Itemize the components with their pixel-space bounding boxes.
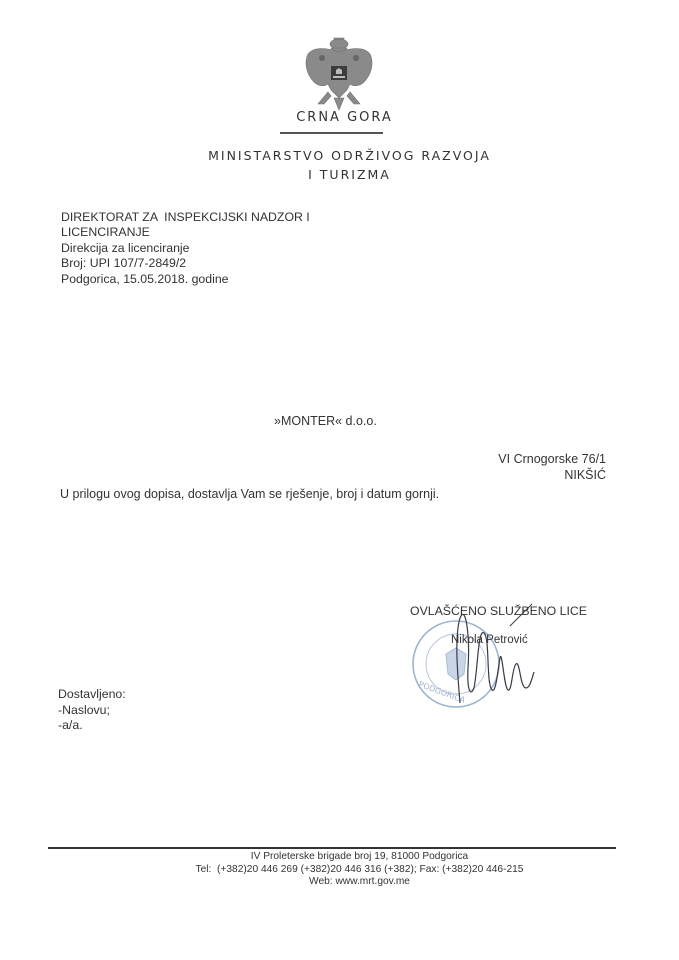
country-name: CRNA GORA	[0, 110, 679, 125]
ministry-name: MINISTARSTVO ODRŽIVOG RAZVOJA I TURIZMA	[0, 146, 679, 184]
recipient-city: NIKŠIĆ	[498, 467, 606, 483]
handwritten-signature-icon	[440, 598, 540, 713]
coat-of-arms-icon	[298, 32, 380, 112]
place-date: Podgorica, 15.05.2018. godine	[61, 272, 310, 287]
recipient-street: VI Crnogorske 76/1	[498, 451, 606, 467]
directorate-line-2: LICENCIRANJE	[61, 225, 310, 240]
ministry-line-1: MINISTARSTVO ODRŽIVOG RAZVOJA	[20, 146, 679, 165]
department: Direkcija za licenciranje	[61, 241, 310, 256]
delivered-to: Dostavljeno: -Naslovu; -a/a.	[58, 687, 126, 734]
footer: IV Proleterske brigade broj 19, 81000 Po…	[0, 851, 679, 889]
letter-body: U prilogu ovog dopisa, dostavlja Vam se …	[60, 487, 439, 501]
delivered-item: -Naslovu;	[58, 703, 126, 719]
ministry-line-2: I TURIZMA	[20, 165, 679, 184]
sender-block: DIREKTORAT ZA INSPEKCIJSKI NADZOR I LICE…	[61, 210, 310, 287]
directorate-line-1: DIREKTORAT ZA INSPEKCIJSKI NADZOR I	[61, 210, 310, 225]
recipient-name: »MONTER« d.o.o.	[274, 414, 377, 428]
footer-address: IV Proleterske brigade broj 19, 81000 Po…	[40, 851, 679, 864]
reference-number: Broj: UPI 107/7-2849/2	[61, 256, 310, 271]
footer-divider	[48, 847, 616, 849]
footer-contact: Tel: (+382)20 446 269 (+382)20 446 316 (…	[40, 864, 679, 877]
recipient-address: VI Crnogorske 76/1 NIKŠIĆ	[498, 451, 606, 483]
footer-web: Web: www.mrt.gov.me	[40, 876, 679, 889]
delivered-item: -a/a.	[58, 718, 126, 734]
delivered-label: Dostavljeno:	[58, 687, 126, 703]
header-divider	[280, 132, 383, 134]
